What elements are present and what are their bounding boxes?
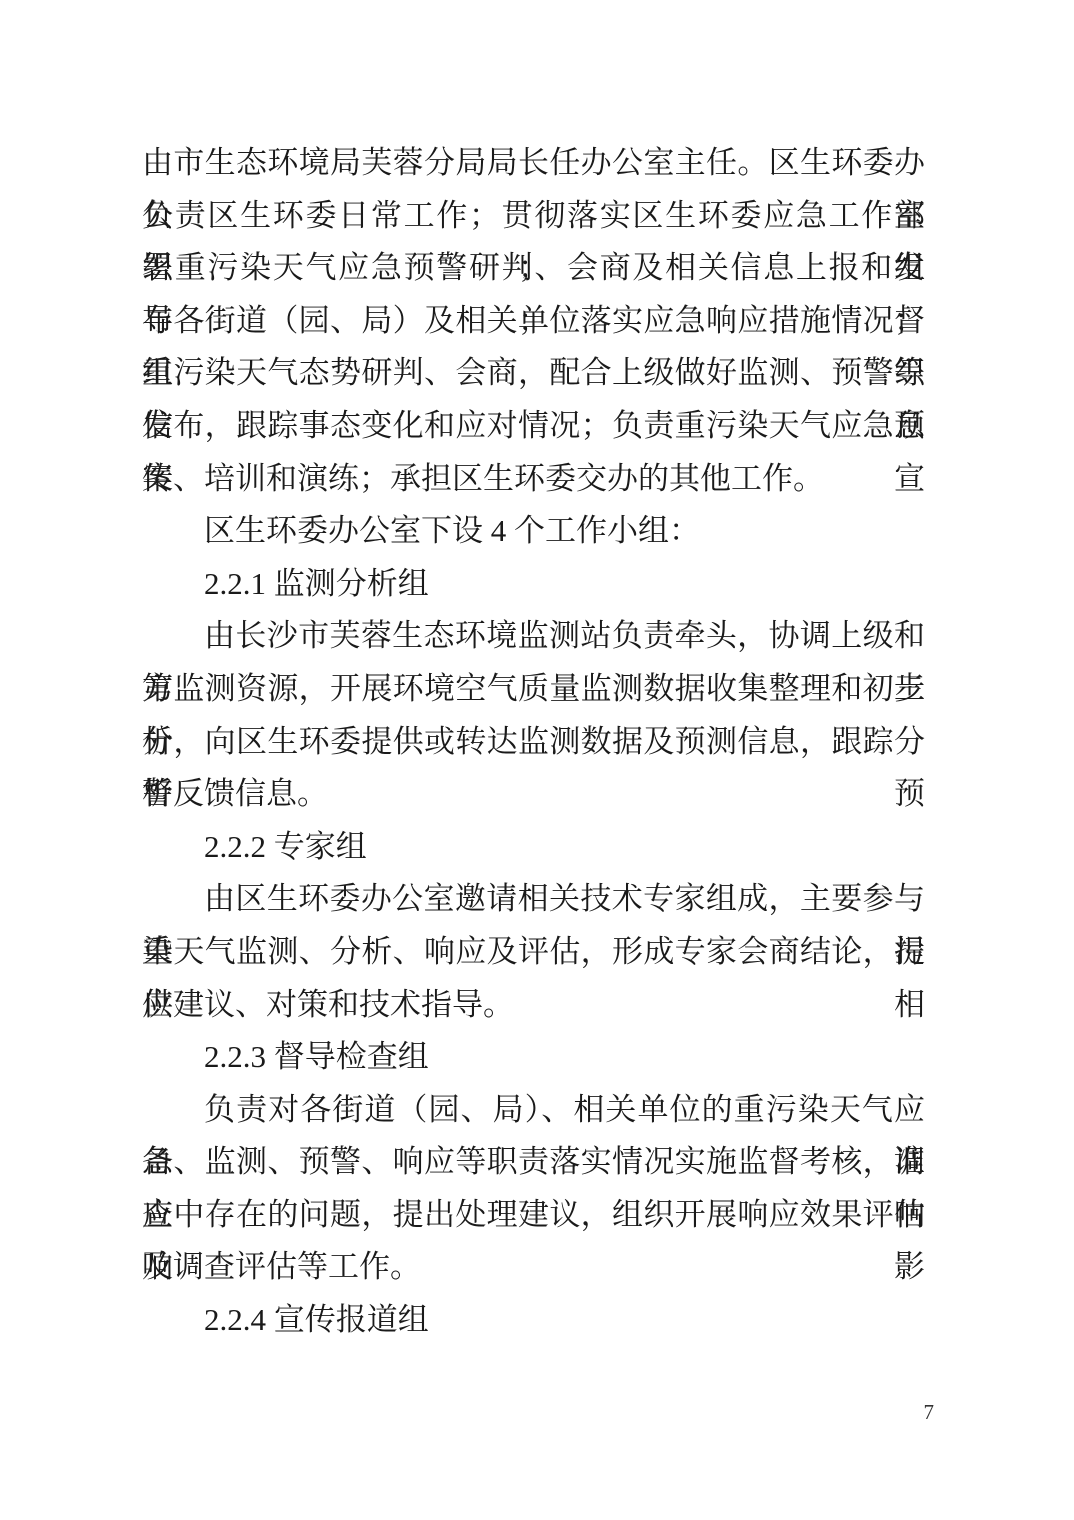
paragraph-line: 织重污染天气应急预警研判、会商及相关信息上报和发布；督 bbox=[142, 242, 925, 295]
paragraph-line: 由长沙市芙蓉生态环境监测站负责牵头，协调上级和第三 bbox=[142, 610, 925, 663]
paragraph-line: 区生环委办公室下设 4 个工作小组： bbox=[142, 505, 925, 558]
section-heading-2-2-2: 2.2.2 专家组 bbox=[142, 821, 925, 874]
paragraph-line: 由区生环委办公室邀请相关技术专家组成，主要参与重污 bbox=[142, 873, 925, 926]
section-heading-2-2-1: 2.2.1 监测分析组 bbox=[142, 558, 925, 611]
paragraph-line: 导各街道（园、局）及相关单位落实应急响应措施情况；组织 bbox=[142, 295, 925, 348]
paragraph-line: 重污染天气态势研判、会商，配合上级做好监测、预警等信息 bbox=[142, 347, 925, 400]
document-body: 由市生态环境局芙蓉分局局长任办公室主任。区生环委办公室负责区生环委日常工作；贯彻… bbox=[142, 137, 925, 1347]
paragraph-line: 备、监测、预警、响应等职责落实情况实施监督考核，调查响 bbox=[142, 1136, 925, 1189]
section-heading-2-2-3: 2.2.3 督导检查组 bbox=[142, 1031, 925, 1084]
paragraph-line: 由市生态环境局芙蓉分局局长任办公室主任。区生环委办公室 bbox=[142, 137, 925, 190]
paragraph-line: 应中存在的问题，提出处理建议，组织开展响应效果评估及影 bbox=[142, 1189, 925, 1242]
paragraph-line: 发布，跟踪事态变化和应对情况；负责重污染天气应急预案宣 bbox=[142, 400, 925, 453]
paragraph-line: 负责区生环委日常工作；贯彻落实区生环委应急工作部署；组 bbox=[142, 190, 925, 243]
paragraph-line: 传、培训和演练；承担区生环委交办的其他工作。 bbox=[142, 453, 925, 506]
page-number: 7 bbox=[142, 1400, 934, 1425]
paragraph-line: 染天气监测、分析、响应及评估，形成专家会商结论，提供相 bbox=[142, 926, 925, 979]
paragraph-line: 负责对各街道（园、局）、相关单位的重污染天气应急准 bbox=[142, 1084, 925, 1137]
document-page: 由市生态环境局芙蓉分局局长任办公室主任。区生环委办公室负责区生环委日常工作；贯彻… bbox=[0, 0, 1074, 1520]
section-heading-2-2-4: 2.2.4 宣传报道组 bbox=[142, 1294, 925, 1347]
paragraph-line: 析，向区生环委提供或转达监测数据及预测信息，跟踪分析预 bbox=[142, 716, 925, 769]
paragraph-line: 方监测资源，开展环境空气质量监测数据收集整理和初步分 bbox=[142, 663, 925, 716]
